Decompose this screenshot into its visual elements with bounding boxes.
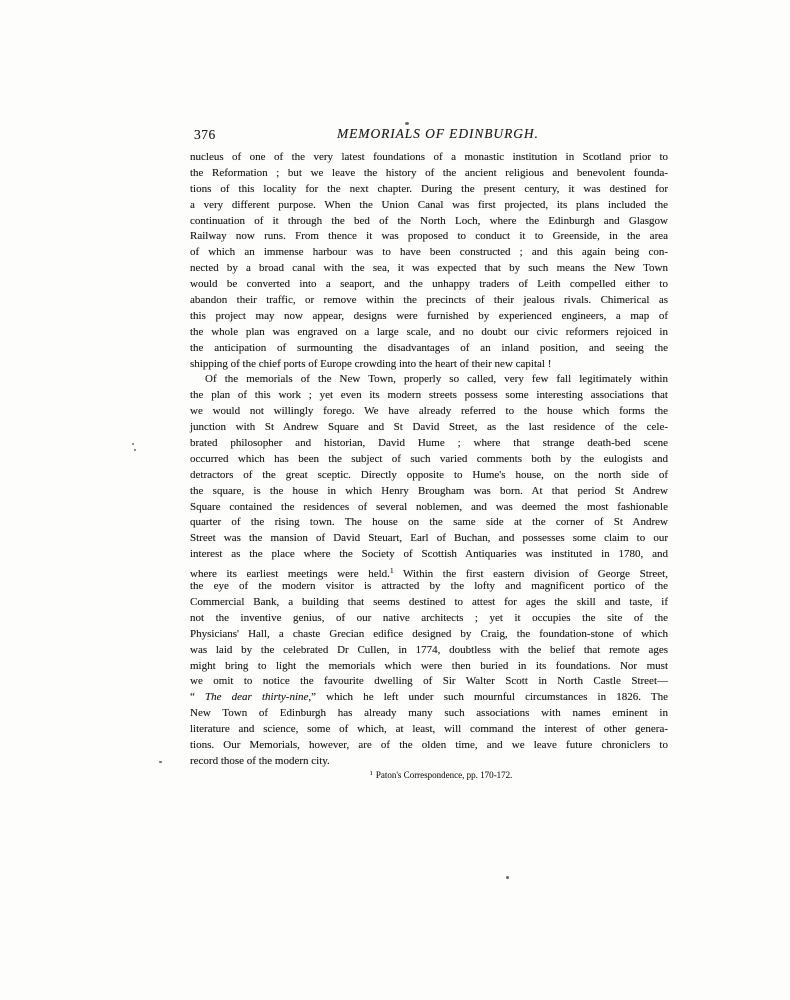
text-segment: junction with St Andrew Square and St Da… [190,421,668,433]
text-segment: not the inventive genius, of our native … [190,612,668,624]
text-line: New Town of Edinburgh has already many s… [190,706,668,722]
scan-speck [506,876,509,879]
text-line: we omit to notice the favourite dwelling… [190,674,668,690]
text-line: the Reformation ; but we leave the histo… [190,166,668,182]
scan-speck [405,122,409,125]
text-line: Street was the mansion of David Steuart,… [190,531,668,547]
text-segment: nucleus of one of the very latest founda… [190,151,668,163]
text-segment: tions. Our Memorials, however, are of th… [190,739,668,751]
text-line: Physicians' Hall, a chaste Grecian edifi… [190,627,668,643]
text-segment: nected by a broad canal with the sea, it… [190,262,668,274]
text-segment: the Reformation ; but we leave the histo… [190,167,668,179]
text-segment: literature and science, some of which, a… [190,723,668,735]
text-line: where its earliest meetings were held.1 … [190,563,668,579]
text-segment: detractors of the great sceptic. Directl… [190,469,668,481]
text-segment: abandon their traffic, or remove within … [190,294,668,306]
text-segment: Physicians' Hall, a chaste Grecian edifi… [190,628,668,640]
text-line: junction with St Andrew Square and St Da… [190,420,668,436]
text-segment: ,” which he left under such mournful cir… [308,691,668,703]
text-segment: of which an immense harbour was to have … [190,246,668,258]
scan-speck [134,449,136,451]
text-segment: the whole plan was engraved on a large s… [190,326,668,338]
body-text: nucleus of one of the very latest founda… [190,150,668,770]
scan-speck [132,443,134,445]
text-segment: continuation of it through the bed of th… [190,215,668,227]
scan-speck [159,761,162,763]
footnote-marker: 1 [370,770,373,777]
text-segment: shipping of the chief ports of Europe cr… [190,358,551,370]
text-line: was laid by the celebrated Dr Cullen, in… [190,643,668,659]
text-line: might bring to light the memorials which… [190,659,668,675]
text-segment: the anticipation of surmounting the disa… [190,342,668,354]
text-line: record those of the modern city. [190,754,668,770]
text-line: detractors of the great sceptic. Directl… [190,468,668,484]
page-header: 376 MEMORIALS OF EDINBURGH. [190,126,668,144]
text-segment: interest as the place where the Society … [190,548,668,560]
text-line: Railway now runs. From thence it was pro… [190,229,668,245]
text-segment: The dear thirty-nine [205,691,308,703]
text-line: occurred which has been the subject of s… [190,452,668,468]
text-line: “ The dear thirty-nine,” which he left u… [190,690,668,706]
text-segment: Street was the mansion of David Steuart,… [190,532,668,544]
text-line: tions. Our Memorials, however, are of th… [190,738,668,754]
text-segment: New Town of Edinburgh has already many s… [190,707,668,719]
text-line: the eye of the modern visitor is attract… [190,579,668,595]
text-segment: the square, is the house in which Henry … [190,485,668,497]
text-line: interest as the place where the Society … [190,547,668,563]
text-segment: quarter of the rising town. The house on… [190,516,668,528]
text-line: this project may now appear, designs wer… [190,309,668,325]
running-title: MEMORIALS OF EDINBURGH. [337,126,539,142]
text-segment: was laid by the celebrated Dr Cullen, in… [190,644,668,656]
text-segment: Square contained the residences of sever… [190,501,668,513]
text-segment: tions of this locality for the next chap… [190,183,668,195]
text-line: the anticipation of surmounting the disa… [190,341,668,357]
text-line: Commercial Bank, a building that seems d… [190,595,668,611]
page-number: 376 [194,127,216,143]
text-segment: the eye of the modern visitor is attract… [190,580,668,592]
text-line: the square, is the house in which Henry … [190,484,668,500]
text-segment: record those of the modern city. [190,755,330,767]
text-line: we would not willingly forego. We have a… [190,404,668,420]
paragraph-2: Of the memorials of the New Town, proper… [190,372,668,769]
text-line: Of the memorials of the New Town, proper… [190,372,668,388]
text-line: literature and science, some of which, a… [190,722,668,738]
text-line: the whole plan was engraved on a large s… [190,325,668,341]
text-line: of which an immense harbour was to have … [190,245,668,261]
text-segment: this project may now appear, designs wer… [190,310,668,322]
text-line: Square contained the residences of sever… [190,500,668,516]
text-segment: might bring to light the memorials which… [190,660,668,672]
text-line: would be converted into a seaport, and t… [190,277,668,293]
footnote-text: Paton's Correspondence, pp. 170-172. [376,770,513,780]
text-line: quarter of the rising town. The house on… [190,515,668,531]
text-line: tions of this locality for the next chap… [190,182,668,198]
text-segment: the plan of this work ; yet even its mod… [190,389,668,401]
book-page: 376 MEMORIALS OF EDINBURGH. nucleus of o… [0,0,790,1000]
text-segment: occurred which has been the subject of s… [190,453,668,465]
text-line: abandon their traffic, or remove within … [190,293,668,309]
text-line: shipping of the chief ports of Europe cr… [190,357,668,373]
paragraph-1: nucleus of one of the very latest founda… [190,150,668,372]
text-segment: we omit to notice the favourite dwelling… [190,675,668,687]
text-line: the plan of this work ; yet even its mod… [190,388,668,404]
text-line: nected by a broad canal with the sea, it… [190,261,668,277]
text-segment: Railway now runs. From thence it was pro… [190,230,668,242]
text-line: not the inventive genius, of our native … [190,611,668,627]
text-segment: we would not willingly forego. We have a… [190,405,668,417]
text-line: nucleus of one of the very latest founda… [190,150,668,166]
text-segment: would be converted into a seaport, and t… [190,278,668,290]
text-segment: brated philosopher and historian, David … [190,437,668,449]
text-segment: a very different purpose. When the Union… [190,199,668,211]
text-line: brated philosopher and historian, David … [190,436,668,452]
text-line: continuation of it through the bed of th… [190,214,668,230]
footnote: 1Paton's Correspondence, pp. 170-172. [202,770,680,780]
text-line: a very different purpose. When the Union… [190,198,668,214]
text-segment: “ [190,691,205,703]
text-segment: Of the memorials of the New Town, proper… [205,373,668,385]
text-segment: Commercial Bank, a building that seems d… [190,596,668,608]
